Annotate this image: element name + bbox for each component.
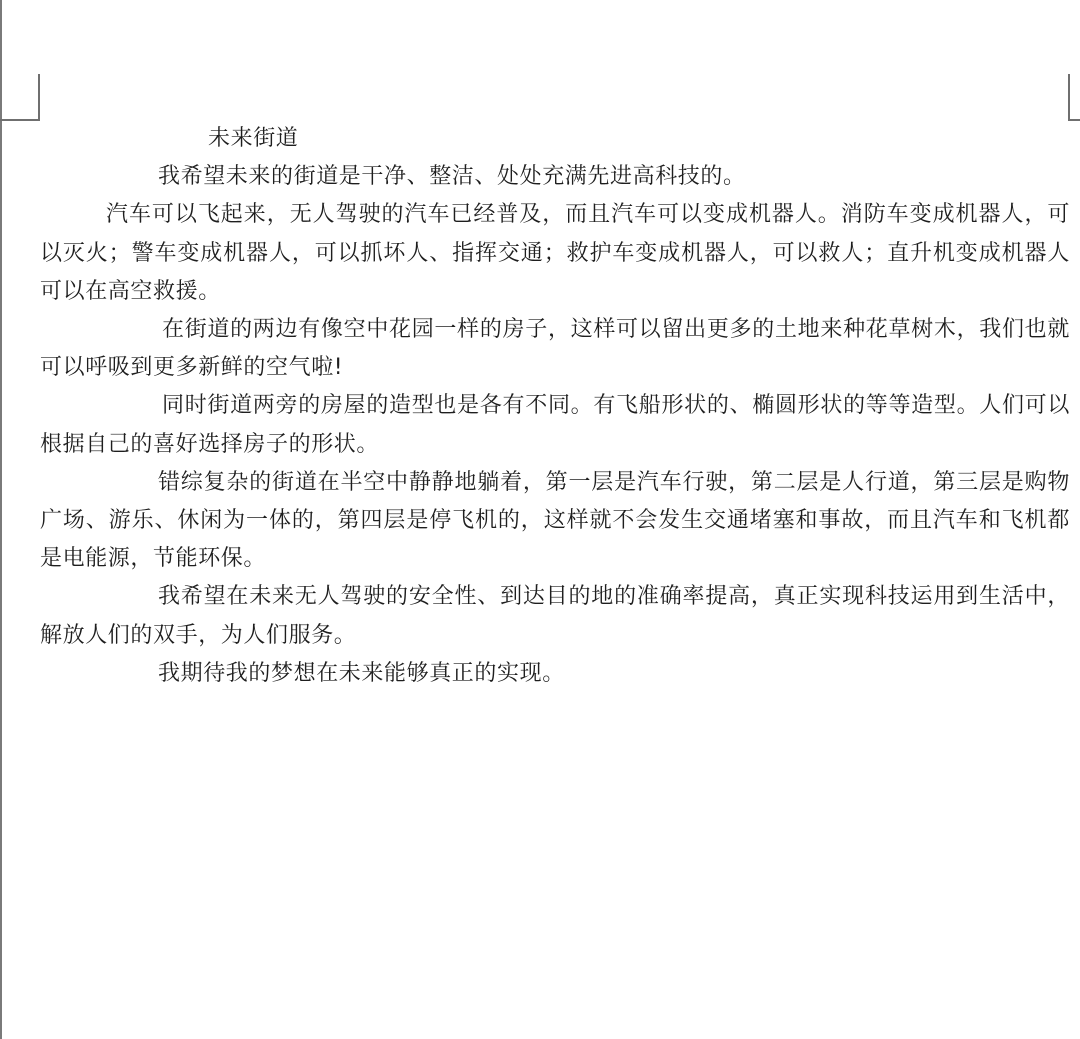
paragraph-5: 错综复杂的街道在半空中静静地躺着，第一层是汽车行驶，第二层是人行道，第三层是购物…	[40, 464, 1070, 579]
top-left-margin-mark	[0, 74, 40, 121]
paragraph-7: 我期待我的梦想在未来能够真正的实现。	[40, 655, 1070, 693]
paragraph-6: 我希望在未来无人驾驶的安全性、到达目的地的准确率提高，真正实现科技运用到生活中，…	[40, 578, 1070, 654]
paragraph-2: 汽车可以飞起来，无人驾驶的汽车已经普及，而且汽车可以变成机器人。消防车变成机器人…	[40, 196, 1070, 311]
paragraph-3: 在街道的两边有像空中花园一样的房子，这样可以留出更多的土地来种花草树木，我们也就…	[40, 311, 1070, 387]
document-title: 未来街道	[40, 120, 1070, 158]
document-body[interactable]: 未来街道 我希望未来的街道是干净、整洁、处处充满先进高科技的。 汽车可以飞起来，…	[40, 120, 1070, 693]
paragraph-4: 同时街道两旁的房屋的造型也是各有不同。有飞船形状的、椭圆形状的等等造型。人们可以…	[40, 387, 1070, 463]
paragraph-1: 我希望未来的街道是干净、整洁、处处充满先进高科技的。	[40, 158, 1070, 196]
top-right-margin-mark	[1068, 74, 1080, 121]
page-left-edge	[0, 0, 2, 1039]
